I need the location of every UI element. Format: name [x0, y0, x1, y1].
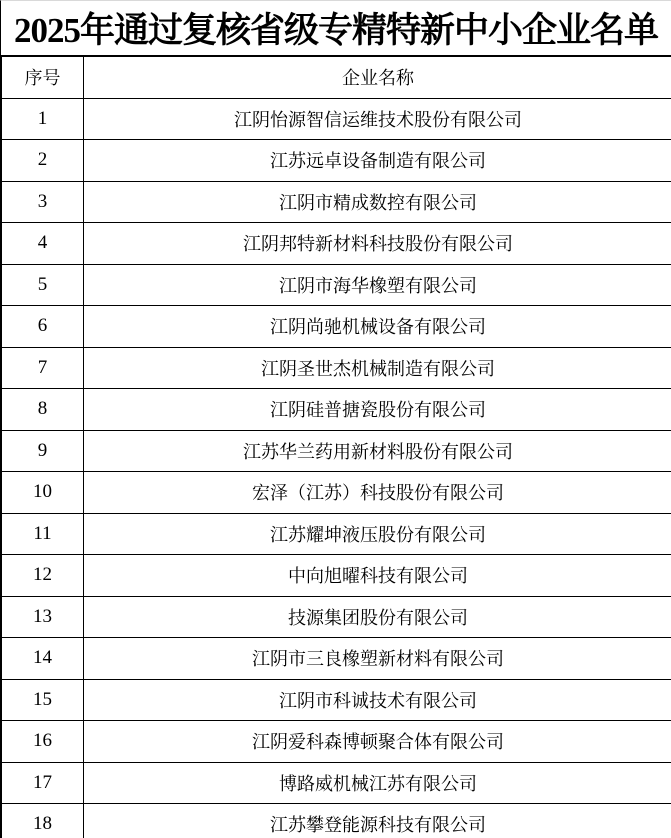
page-title: 2025年通过复核省级专精特新中小企业名单 — [1, 1, 671, 55]
row-number: 4 — [2, 223, 84, 265]
table-row: 14江阴市三良橡塑新材料有限公司 — [2, 638, 671, 680]
table-row: 12中向旭曜科技有限公司 — [2, 555, 671, 597]
company-name: 博路威机械江苏有限公司 — [84, 762, 671, 804]
company-name: 江阴硅普搪瓷股份有限公司 — [84, 389, 671, 431]
column-header-number: 序号 — [2, 56, 84, 98]
table-row: 4江阴邦特新材料科技股份有限公司 — [2, 223, 671, 265]
column-header-company-name: 企业名称 — [84, 56, 671, 98]
row-number: 8 — [2, 389, 84, 431]
row-number: 6 — [2, 306, 84, 348]
table-row: 18江苏攀登能源科技有限公司 — [2, 804, 671, 838]
row-number: 2 — [2, 140, 84, 182]
row-number: 10 — [2, 472, 84, 514]
company-name: 江苏华兰药用新材料股份有限公司 — [84, 430, 671, 472]
table-row: 3江阴市精成数控有限公司 — [2, 181, 671, 223]
row-number: 13 — [2, 596, 84, 638]
row-number: 5 — [2, 264, 84, 306]
company-name: 江阴圣世杰机械制造有限公司 — [84, 347, 671, 389]
table-row: 7江阴圣世杰机械制造有限公司 — [2, 347, 671, 389]
company-table-body: 1江阴怡源智信运维技术股份有限公司2江苏远卓设备制造有限公司3江阴市精成数控有限… — [2, 98, 671, 838]
company-name: 江阴市科诚技术有限公司 — [84, 679, 671, 721]
table-row: 17博路威机械江苏有限公司 — [2, 762, 671, 804]
table-header-row: 序号 企业名称 — [2, 56, 671, 98]
table-row: 8江阴硅普搪瓷股份有限公司 — [2, 389, 671, 431]
document-page: 2025年通过复核省级专精特新中小企业名单 序号 企业名称 1江阴怡源智信运维技… — [0, 0, 671, 838]
table-row: 16江阴爱科森博顿聚合体有限公司 — [2, 721, 671, 763]
row-number: 18 — [2, 804, 84, 838]
row-number: 11 — [2, 513, 84, 555]
table-row: 10宏泽（江苏）科技股份有限公司 — [2, 472, 671, 514]
company-name: 江阴市三良橡塑新材料有限公司 — [84, 638, 671, 680]
table-row: 6江阴尚驰机械设备有限公司 — [2, 306, 671, 348]
row-number: 1 — [2, 98, 84, 140]
table-row: 11江苏耀坤液压股份有限公司 — [2, 513, 671, 555]
table-row: 5江阴市海华橡塑有限公司 — [2, 264, 671, 306]
table-row: 2江苏远卓设备制造有限公司 — [2, 140, 671, 182]
company-name: 江阴市海华橡塑有限公司 — [84, 264, 671, 306]
company-name: 江阴爱科森博顿聚合体有限公司 — [84, 721, 671, 763]
table-row: 9江苏华兰药用新材料股份有限公司 — [2, 430, 671, 472]
row-number: 17 — [2, 762, 84, 804]
company-name: 宏泽（江苏）科技股份有限公司 — [84, 472, 671, 514]
table-row: 13技源集团股份有限公司 — [2, 596, 671, 638]
company-name: 中向旭曜科技有限公司 — [84, 555, 671, 597]
row-number: 3 — [2, 181, 84, 223]
company-name: 江阴邦特新材料科技股份有限公司 — [84, 223, 671, 265]
company-name: 江阴尚驰机械设备有限公司 — [84, 306, 671, 348]
company-name: 江苏攀登能源科技有限公司 — [84, 804, 671, 838]
table-row: 1江阴怡源智信运维技术股份有限公司 — [2, 98, 671, 140]
row-number: 15 — [2, 679, 84, 721]
row-number: 12 — [2, 555, 84, 597]
company-table: 序号 企业名称 1江阴怡源智信运维技术股份有限公司2江苏远卓设备制造有限公司3江… — [1, 55, 671, 838]
row-number: 9 — [2, 430, 84, 472]
row-number: 16 — [2, 721, 84, 763]
company-name: 江阴市精成数控有限公司 — [84, 181, 671, 223]
company-name: 江阴怡源智信运维技术股份有限公司 — [84, 98, 671, 140]
table-row: 15江阴市科诚技术有限公司 — [2, 679, 671, 721]
company-name: 江苏远卓设备制造有限公司 — [84, 140, 671, 182]
company-name: 技源集团股份有限公司 — [84, 596, 671, 638]
row-number: 7 — [2, 347, 84, 389]
company-name: 江苏耀坤液压股份有限公司 — [84, 513, 671, 555]
row-number: 14 — [2, 638, 84, 680]
